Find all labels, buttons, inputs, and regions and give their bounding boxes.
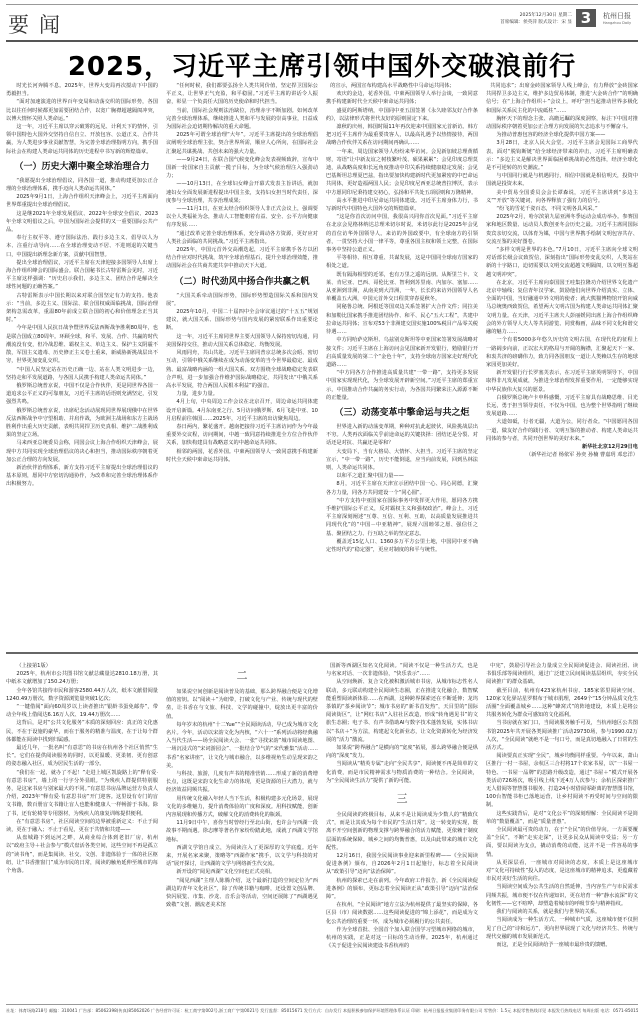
paragraph: “通过改革完善全球治理体系，充分调动各方资源，更好应对人类社会面临的共同挑战。”… [166, 230, 318, 246]
paragraph: “中方同各方合作推进高质量共建“一带一路”，支持更多发展中国家实现现代化，为全球… [326, 369, 478, 402]
paragraph: 在北京，习近平主席向泰国国王哇集拉隆功介绍世界文化遗产北京中轴线；复信青年汉学家… [486, 279, 638, 336]
paragraph: 4月上旬，中央周边工作会议在北京召开，周边命运共同体建设开启新篇。4月东南亚之行… [166, 398, 318, 423]
paragraph: 11月9日中午，喜你当时曾经行至北山街，也许会与西湖一段故事不期而遇。徐志摩等著… [166, 819, 318, 844]
paragraph: 新开发银行行长罗塞芙表示，在习近平主席英明领导下，中国取得非凡发展成就，为推进全… [486, 369, 638, 394]
paragraph: “阅见西湖”主理人陈腾介绍，这个最新打造的空间定位为“西湖边的青年文化社区”，除… [166, 877, 318, 910]
paragraph: 白俄罗斯总统卢卡申科感慨，习近平主席具有战略思维、目光长远，勇于担当领导责任，不… [486, 394, 638, 419]
paragraph: 以和平之道汇聚中国力量—— [326, 472, 478, 480]
paragraph: 马来西亚总统委员会称，同国会议上海合作组织天津峰会，展现中方共同实现全球治理倡议… [6, 439, 158, 464]
paragraph: 从更深层看，一座城市对阅读的态度，本质上是这座城市对“文化可持续性”投入的态度，… [486, 859, 638, 884]
paragraph: 提出全球治理倡议，习近平主席在天津迎接多国领导人出席上海合作组织峰会的国际盛会。… [6, 259, 158, 292]
paragraph: 杭州的探索已走在前列。今年政府工作报告，新《全民阅读促进条例》的颁布，更标志着全… [326, 877, 478, 902]
paragraph: 12月16日，我国全民阅读事业迎来新里程碑——《全民阅读促进条例》颁布，自202… [326, 852, 478, 877]
paragraph: 最近几年，一批名叫“有意思”的书房在杭州各个社区悄然“生长”。它们在提供阅读服务… [6, 744, 158, 769]
subheading-1: （一）历史大潮中聚全球治理合力 [6, 160, 158, 174]
section-numeral-2: 二 [166, 668, 318, 684]
paragraph: 俄罗斯总统普京说，出席纪念活动展现同世界展现俄中在世界反法西斯战争中守望相助、并… [6, 407, 158, 440]
paragraph: 如果说“跨界融合”是横向的“宽度”拓展，那么跨界融合便是纵向的“深度”发力。 [326, 744, 478, 760]
paragraph: “任何时候，我们都要弘扬全人类共同价值，坚定捍卫国际公平正义，让世界正气充盈，和… [166, 82, 318, 107]
article-column-3: 的宣示，两国宣布构建高水平战略性中马命运共同体； 欢庆的金边，花香外国。中柬两国… [326, 82, 478, 647]
masthead: 要闻 2025年12月30日 星期二 首席编辑：侯英萍 版式设计：宋 显 3 杭… [6, 4, 638, 38]
paragraph: “中国人民坚定站在历史正确一边、站在人类文明进步一边，坚持走和平发展道路，与各国… [6, 366, 158, 382]
paragraph: “纷飞的雪花千姿百态，不同文明各具风采。” [486, 205, 638, 213]
paragraph: 而这，正是全民阅读给予一座城市最珍贵的馈赠。 [486, 941, 638, 949]
paragraph: ——10月13日，在全球妇女峰会开幕式发表主旨讲话，就加速妇女全面发展新进程提出… [166, 180, 318, 205]
second-article: （上接第1版） 2025年，杭州市公共图书馆文献总藏量达2810.18万册，其中… [6, 662, 638, 1002]
paragraph: 全年各馆共接待市民和游客2580.44万人次，纸本文献借阅量1240.49万册次… [6, 687, 158, 703]
paragraph: ——11月1日，在亚太经合组织领导人非正式会议上，强调要以全人类福祉为念，推动人… [166, 205, 318, 230]
masthead-meta: 2025年12月30日 星期二 首席编辑：侯英萍 版式设计：宋 显 [500, 12, 572, 26]
paragraph: 相邻的两国，花香外国。中柬两国领导人一致同意携手构建新时代全天候中柬命运共同体。 [166, 448, 318, 464]
paragraph: 3月28日，北京人民大会堂。习近平主席会见国际工商界代表。面对“脱钩断链”给全球… [486, 139, 638, 172]
paragraph: “我们在一起，就办了不起！”走进上城区凯旋路上的“释有爱·有意思书房”，墙上的一… [6, 769, 158, 818]
paragraph: 这是继2021年全球发展倡议、2022年全球安全倡议、2023年全球文明倡议之后… [6, 210, 158, 235]
paper-logo: 杭州日报 Hangzhou Daily [598, 11, 636, 25]
paper-name: 杭州日报 [598, 11, 636, 21]
paragraph: 时光长河奔腾不息。2025年，世界大变局再次搅动下中国的勇毅担当。 [6, 82, 158, 98]
paragraph: 既有隔海相望的近邻，也有万里之遥的远朋。从斯里兰卡、文莱、肯尼亚、巴西、哥伦比亚… [326, 271, 478, 304]
paragraph: “一键借阅”面向60周岁以上读者推出“银龄书蛋免邮券”，带动全年线上借阅达6.1… [6, 703, 158, 719]
paragraph: 一个有着5000多年悠久历史的文明古国，在现代化的征程上一路阔步向前，正以宏大的… [486, 336, 638, 369]
paragraph: 当阅读成为一种生活方式、一种城市气质，这座城市便不仅照见了自己的“诗和远方”，更… [486, 916, 638, 941]
paragraph: 同秘鲁总统、阿根廷等国双边关系签署扩大合作文件；同拉美和加勒比国家携手推进团结协… [326, 303, 478, 336]
subheading-2: （二）时代劲风中扬合作共赢之帆 [166, 275, 318, 289]
paragraph: 从盘城路下到运河之畔，从商业综合体到老旧厂房，杭州以“政府主导＋社会参与”模式盘… [6, 834, 158, 875]
paragraph: 这一年，习近平主席同世界主要大国领导人保持密切沟通，同美国保持交往，推动大国关系… [166, 333, 318, 349]
paragraph: 当阅读从“精英专属”走向“全民共享”，阅读便不再是简单的文化消费，而是市民精神需… [326, 760, 478, 785]
paragraph: 8月，习近平主席在天津宣示团结中国一心、同心同德，汇聚各方力量，同各方共同建设一… [326, 480, 478, 496]
top-divider [6, 40, 638, 42]
paragraph: 2025年，杭州市公共图书馆文献总藏量达2810.18万册，其中纸本文献增加了1… [6, 670, 158, 686]
paragraph: 共同追求”；出席金砖国家领导人线上峰会，有力释放“金砖国家共同捍卫多边主义，维护… [486, 82, 638, 115]
paragraph: 2025年10月，中国二十届四中全会审议通过的“十五五”规划建议，就大国关系、国… [166, 308, 318, 333]
editors-line: 首席编辑：侯英萍 版式设计：宋 显 [500, 19, 572, 26]
paragraph: 风雨同舟，共山共赴。习近平主席同普京总统多次会晤、密切互动，引领中俄关系继续在成… [166, 349, 318, 390]
subheading-3: （三）动荡变革中擎命运与共之炬 [326, 406, 478, 420]
article-column-1: 时光长河奔腾不息。2025年，世界大变局再次搅动下中国的勇毅担当。 “面对加速演… [6, 82, 158, 647]
second-article-column-3: 国新等西湖区知名文化阅读。“阅读不仅是一种生活方式，也是与名家对话、一次非遗体验… [326, 662, 478, 1002]
paragraph: “多样文明是世界的本色。”7月10日，习近平主席向全球文明对话部长级会议致贺信，… [486, 246, 638, 279]
paragraph: 古特雷斯表示中国长期以来对联合国坚定有力的支持。他表示：“当前，多边主义、国际法… [6, 292, 158, 325]
section-title: 要闻 [8, 9, 70, 39]
lead-article: 时光长河奔腾不息。2025年，世界大变局再次搅动下中国的勇毅担当。 “面对加速演… [6, 82, 638, 647]
paragraph: “我愿提出全球治理倡议，同各国一道，推动构建更加公正合理的全球治理体系，携手迈向… [6, 177, 158, 193]
article-column-2: “任何时候，我们都要弘扬全人类共同价值，坚定捍卫国际公平正义，让世界正气充盈，和… [166, 82, 318, 647]
paragraph: 如果说空间创新是阅读普及的基础，那么跨界融合便是文化增值的密钥。以“阅读＋”为纽… [166, 688, 318, 721]
main-headline: 2025，习近平主席引领中国外交破浪前行 [0, 46, 644, 83]
paragraph: 当阅读空间成为公共生活的自然延伸，当内容生产与市民需求同频共振，城市便不仅在传递… [486, 883, 638, 908]
paragraph: 当前，国际社会规则法治缺位，治理赤字不断加剧。如何改革完善全球治理体系，继续推进… [166, 107, 318, 132]
paragraph: 全民阅读的终极目标，从来不是让阅读成为少数人的“精致仪式”，而是让其成为每个市民… [326, 811, 478, 852]
paragraph: 大道如砥，行者无疆，大道为公，同行者众。“中国愿同各国一道，做友好合作的践行者、… [486, 418, 638, 443]
paragraph: 这背后，是对“公共文化服务”本质的深刻回应：真正的文化惠民，不在于设施的豪华，而… [6, 719, 158, 744]
paragraph: 为推动普惠包容的经济全球化提供中国方案—— [486, 131, 638, 139]
second-article-column-4: 中宪”，鼓励引导社会力量成立全民阅读促进会、阅读社团、读书俱乐部等阅读组织，通过… [486, 662, 638, 1002]
paragraph: ——9月24日，在联合国气候变化峰会发表视频致辞，宣布中国新一轮国家自主贡献一揽… [166, 156, 318, 181]
paragraph: “中方支持中亚国家在国际事务中发挥更大作用，愿同各方携手维护国际公平正义，反对霸… [326, 497, 478, 538]
footer-imprint: 社址：体育场路218号 邮编：310041 广告部：85062398(传真)85… [6, 1004, 638, 1018]
second-article-column-1: （上接第1版） 2025年，杭州市公共图书馆文献总藏量达2810.18万册，其中… [6, 662, 158, 1002]
paragraph: 欢庆的金边，花香外国。中柬两国领导人举行会谈，一致同意携手构建新时代全天候中柬命… [326, 90, 478, 106]
paragraph: 一年来，周边国家领导人纷纷来华访问。会见新加坡总理黄循财，寄语“让中新友谊之树枝… [326, 148, 478, 197]
date-line: 2025年12月30日 星期二 [500, 12, 572, 19]
paragraph: 2025年，中国元首外交高潮迭起，习近平主席携手各方以团结合作应对时代挑战，筑牢… [166, 246, 318, 271]
paragraph: 中宪”，鼓励引导社会力量成立全民阅读促进会、阅读社团、读书俱乐部等阅读组织，通过… [486, 662, 638, 687]
paragraph: 与中国同行就是与机遇同行，相信中国就是相信明天，投资中国就是投资未来。 [486, 172, 638, 188]
section-numeral-3: 三 [326, 791, 478, 807]
paragraph: 2025年2月，哈尔滨第九届亚洲冬季运动会成功举办。参赛国家和地区数量、运动员人… [486, 213, 638, 246]
paragraph: 凛秋的庆州，韩国时隔11年再次迎来中国国家元首新访。韩方把习近平主席作为最重要贵… [326, 123, 478, 148]
paragraph: 用传统文化融入年轻人当下生活，积极构建多元化场景，展现文化的多维魅力，提升消费体… [166, 795, 318, 820]
paragraph: 国新等西湖区知名文化阅读。“阅读不仅是一种生活方式，也是与名家对话、一次非遗体验… [326, 662, 478, 678]
paragraph: 盛夏的阿斯塔纳，中国同中亚五国签署《永久睦邻友好合作条约》，以法律形式将世代友好… [326, 107, 478, 123]
paragraph: 这一年，习近平主席以穿云破雾的远见、计利天下的情怀，引领中国特色大国外交坚持自信… [6, 123, 158, 156]
section-divider [6, 652, 638, 654]
paragraph: 今年是中国人民抗日战争暨世界反法西斯战争胜利80周年，也是联合国成立80周年。环… [6, 324, 158, 365]
reporter-credit: （新华社记者 杨依军 孙奕 孙楠 曹嘉玥 邓忠洋） [486, 451, 638, 459]
paragraph: 每年岁末的杭州“十二Yue”“全民阅读活动，早已成为城市文化名片。今年，活动以宋… [166, 721, 318, 770]
article-column-4: 共同追求”；出席金砖国家领导人线上峰会，有力释放“金砖国家共同捍卫多边主义，维护… [486, 82, 638, 647]
page-number: 3 [576, 9, 596, 27]
paragraph: 新治伙伴治理体系，新方支持习近平主席提出全球治理倡议的基本原则，愿同中方密切沟通… [6, 464, 158, 489]
paragraph: 作为全球首批、全国首个加入联合国学习型城市网络的城市，杭州的实践，正是对这一目标… [326, 926, 478, 951]
paragraph: 阅读要真正实现“全民”，城乡均衡同样重要。今年以来，萧山区推行一村一书屋，余杭区… [486, 752, 638, 809]
paragraph: “这是你首次访问中国，我很高兴同你首次见面。”习近平主席在北京会见格林纳达总理米… [326, 213, 478, 254]
paragraph: 从空间焕新、复合文化被积激活城市书房，从城市标志性名人联动，多元联动构建全民阅读… [326, 678, 478, 744]
paragraph: 大变局下，当有大格局、大情怀、大担当。习近平主席的坚定宣示，“中一带一路”，历史… [326, 448, 478, 473]
paragraph: 的宣示，两国宣布构建高水平战略性中马命运共同体； [326, 82, 478, 90]
paragraph: 中方同哈萨克斯坦、乌兹别克斯坦等中亚国家签署发展战略对接文件；习近平主席在上海访… [326, 336, 478, 369]
continued-note: （上接第1版） [6, 662, 158, 670]
paragraph: 2025年9月1日，上海合作组织天津峰会上，习近平主席面向世界郑重提出全球治理倡… [6, 193, 158, 209]
paragraph: 我们与阅读的关系，就是我们与世界的关系。 [486, 908, 638, 916]
paragraph: 高水平推进中印尼命运共同体建设。习近平主席身体力行，书写新时代中国特色大国外交的… [326, 197, 478, 213]
paragraph: 这些实践背后，是对“文化公平”的深刻理解：全民阅读不是简单的“数量覆盖”，而是“… [486, 810, 638, 826]
dateline: 新华社北京12月29日电 [486, 443, 638, 451]
paragraph: 西湖文学馆自成立，为阅读注入了更深厚的文学底蕴。近年来，开展名家来聚，策略等“西… [166, 844, 318, 869]
paragraph: 在杭州，“全民阅读”地方立法为杭州提供了最坚实的保障，各区县（市）阅读数据……这… [326, 901, 478, 926]
paragraph: 在“有意思书房”，社区阅读空间的边界被重新定义：不止于阅读，更在于融入；不止于看… [6, 818, 158, 834]
paragraph: 春日两内，繁花盛开。越南把接待习近平主席访问作为今年最重要外交议程，访问期间，中… [166, 423, 318, 448]
paragraph: 新开设的“阅见西湖”文化空间也正式亮相。 [166, 868, 318, 876]
paragraph: “面对加速演进的世界百年变局和动荡交织的国际形势，各国比以往任何时候都更加需要团… [6, 98, 158, 123]
paragraph: 当书房就在家门口，当阅读服务触手可及，当杭州地区公共图书馆2025年共开展各类阅… [486, 719, 638, 752]
paragraph: 2025年可谓全球治理“大年”。习近平主席提出的全球治理倡议阐明全球治理主张，契… [166, 131, 318, 156]
paper-name-en: Hangzhou Daily [598, 21, 636, 25]
paragraph: 与科技、旅游，几度有声书的精准营销……形成了新的消费增长点，这既是宋韵文化生命力… [166, 770, 318, 795]
paragraph: 平等相待、相互尊重、共谋发展，这是中国同全球南方国家的相处之道。 [326, 254, 478, 270]
paragraph: 奉行主权平等、遵守国际法治、践行多边主义、倡导以人为本、注重行动导向……在全球治… [6, 234, 158, 259]
paragraph: 力量，进步力量。 [166, 390, 318, 398]
paragraph: “大国关系牵动国际形势，国际形势塑造国际关系和国内发展”。 [166, 292, 318, 308]
paragraph: 世界进入新的动荡变革期，种种对抗此起彼伏，风险挑战层出不穷。人类再次面临关乎前途… [326, 423, 478, 448]
paragraph: 全民阅读最可贵的动力，在于“全民”的价值导向。一方面要覆盖“全民”，不断“走实走… [486, 826, 638, 859]
paragraph: 截至目前，杭州有423家杭州书房、185家邻里阅读空间、120家文化驿站星罗棋布… [486, 687, 638, 720]
second-article-column-2: 二 如果说空间创新是阅读普及的基础，那么跨界融合便是文化增值的密钥。以“阅读＋”… [166, 662, 318, 1002]
paragraph: 美中贸易全国委员会会长谭森说，习近平主席讲到“多边主义”“开放”等关键词，向各界… [486, 189, 638, 205]
paragraph: 胸怀天下的理念主张、高瞻远瞩的深度洞察，标注下中国对推动国际秩序朝着更加公正合理… [486, 115, 638, 131]
paragraph: 俄罗斯总统普京说，中国不仅是合作伙伴，更是同世界各国一道追求公平正义的可靠朋友，… [6, 382, 158, 407]
paragraph: 覆盖近15亿人口、1360多万平方公里土地，中国同中亚不确定性时代的“稳定器”，… [326, 538, 478, 554]
